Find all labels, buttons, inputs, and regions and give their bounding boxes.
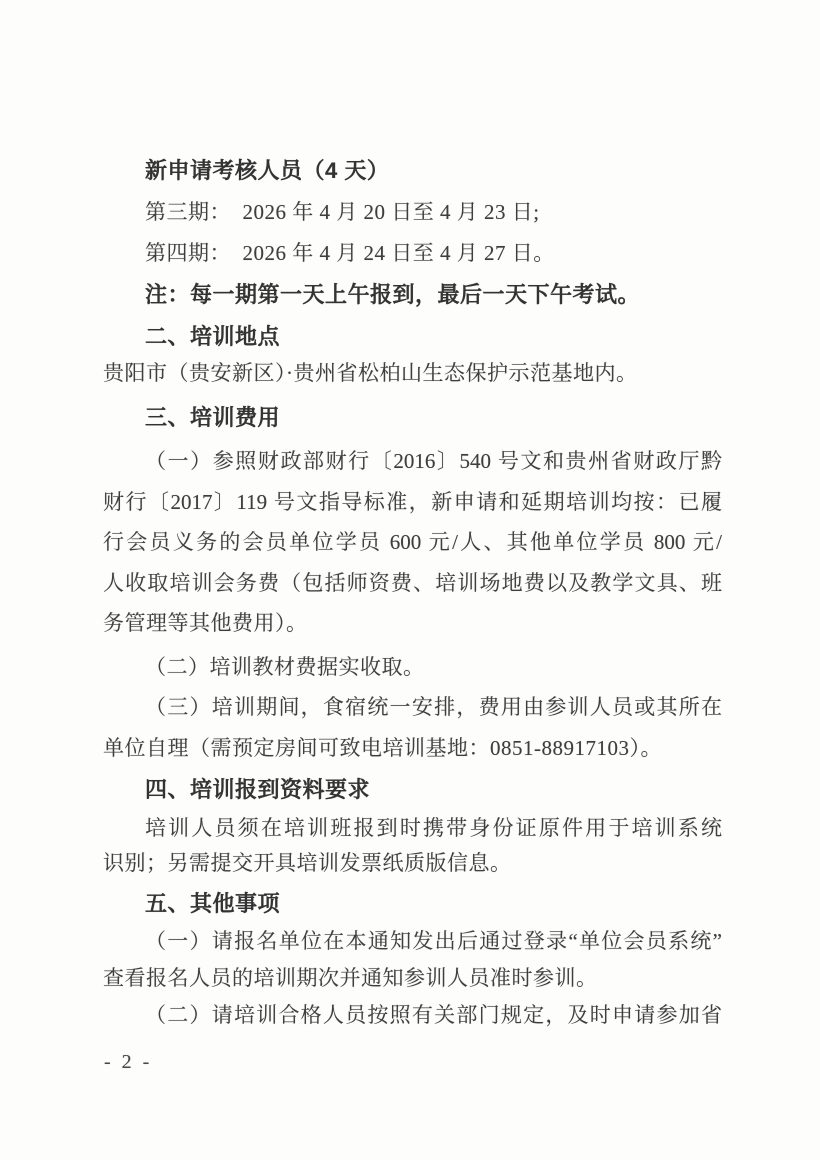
document-heading-line: 注：每一期第一天上午报到，最后一天下午考试。 [145,280,640,310]
document-text-line: 贵阳市（贵安新区）·贵州省松柏山生态保护示范基地内。 [103,358,638,388]
document-text-line: 第四期： 2026 年 4 月 24 日至 4 月 27 日。 [145,238,555,268]
document-text-line: （三）培训期间，食宿统一安排，费用由参训人员或其所在 [145,692,722,724]
document-text-line: 人收取培训会务费（包括师资费、培训场地费以及教学文具、班 [103,568,722,600]
document-text-line: （一）请报名单位在本通知发出后通过登录“单位会员系统” [145,926,722,958]
document-text-line: 查看报名人员的培训期次并通知参训人员准时参训。 [103,963,598,993]
document-text-line: （二）请培训合格人员按照有关部门规定，及时申请参加省 [145,1000,722,1032]
document-heading-line: 新申请考核人员（4 天） [145,156,389,186]
scanned-document-page: 新申请考核人员（4 天）第三期： 2026 年 4 月 20 日至 4 月 23… [0,0,820,1160]
document-heading-line: 二、培训地点 [145,322,280,352]
document-text-line: 行会员义务的会员单位学员 600 元/人、其他单位学员 800 元/ [103,527,722,559]
document-text-line: 培训人员须在培训班报到时携带身份证原件用于培训系统 [145,813,722,845]
document-text-line: 财行〔2017〕119 号文指导标准，新申请和延期培训均按：已履 [103,487,722,519]
document-text-line: 第三期： 2026 年 4 月 20 日至 4 月 23 日; [145,197,540,227]
document-text-line: （二）培训教材费据实收取。 [145,652,425,682]
document-text-line: 识别；另需提交开具培训发票纸质版信息。 [103,848,512,878]
page-number: - 2 - [104,1051,152,1074]
document-heading-line: 三、培训费用 [145,403,280,433]
document-text-line: （一）参照财政部财行〔2016〕540 号文和贵州省财政厅黔 [145,446,722,478]
document-text-line: 务管理等其他费用）。 [103,608,308,638]
document-heading-line: 四、培训报到资料要求 [145,775,370,805]
document-text-line: 单位自理（需预定房间可致电培训基地：0851-88917103）。 [103,733,662,763]
document-heading-line: 五、其他事项 [145,889,280,919]
